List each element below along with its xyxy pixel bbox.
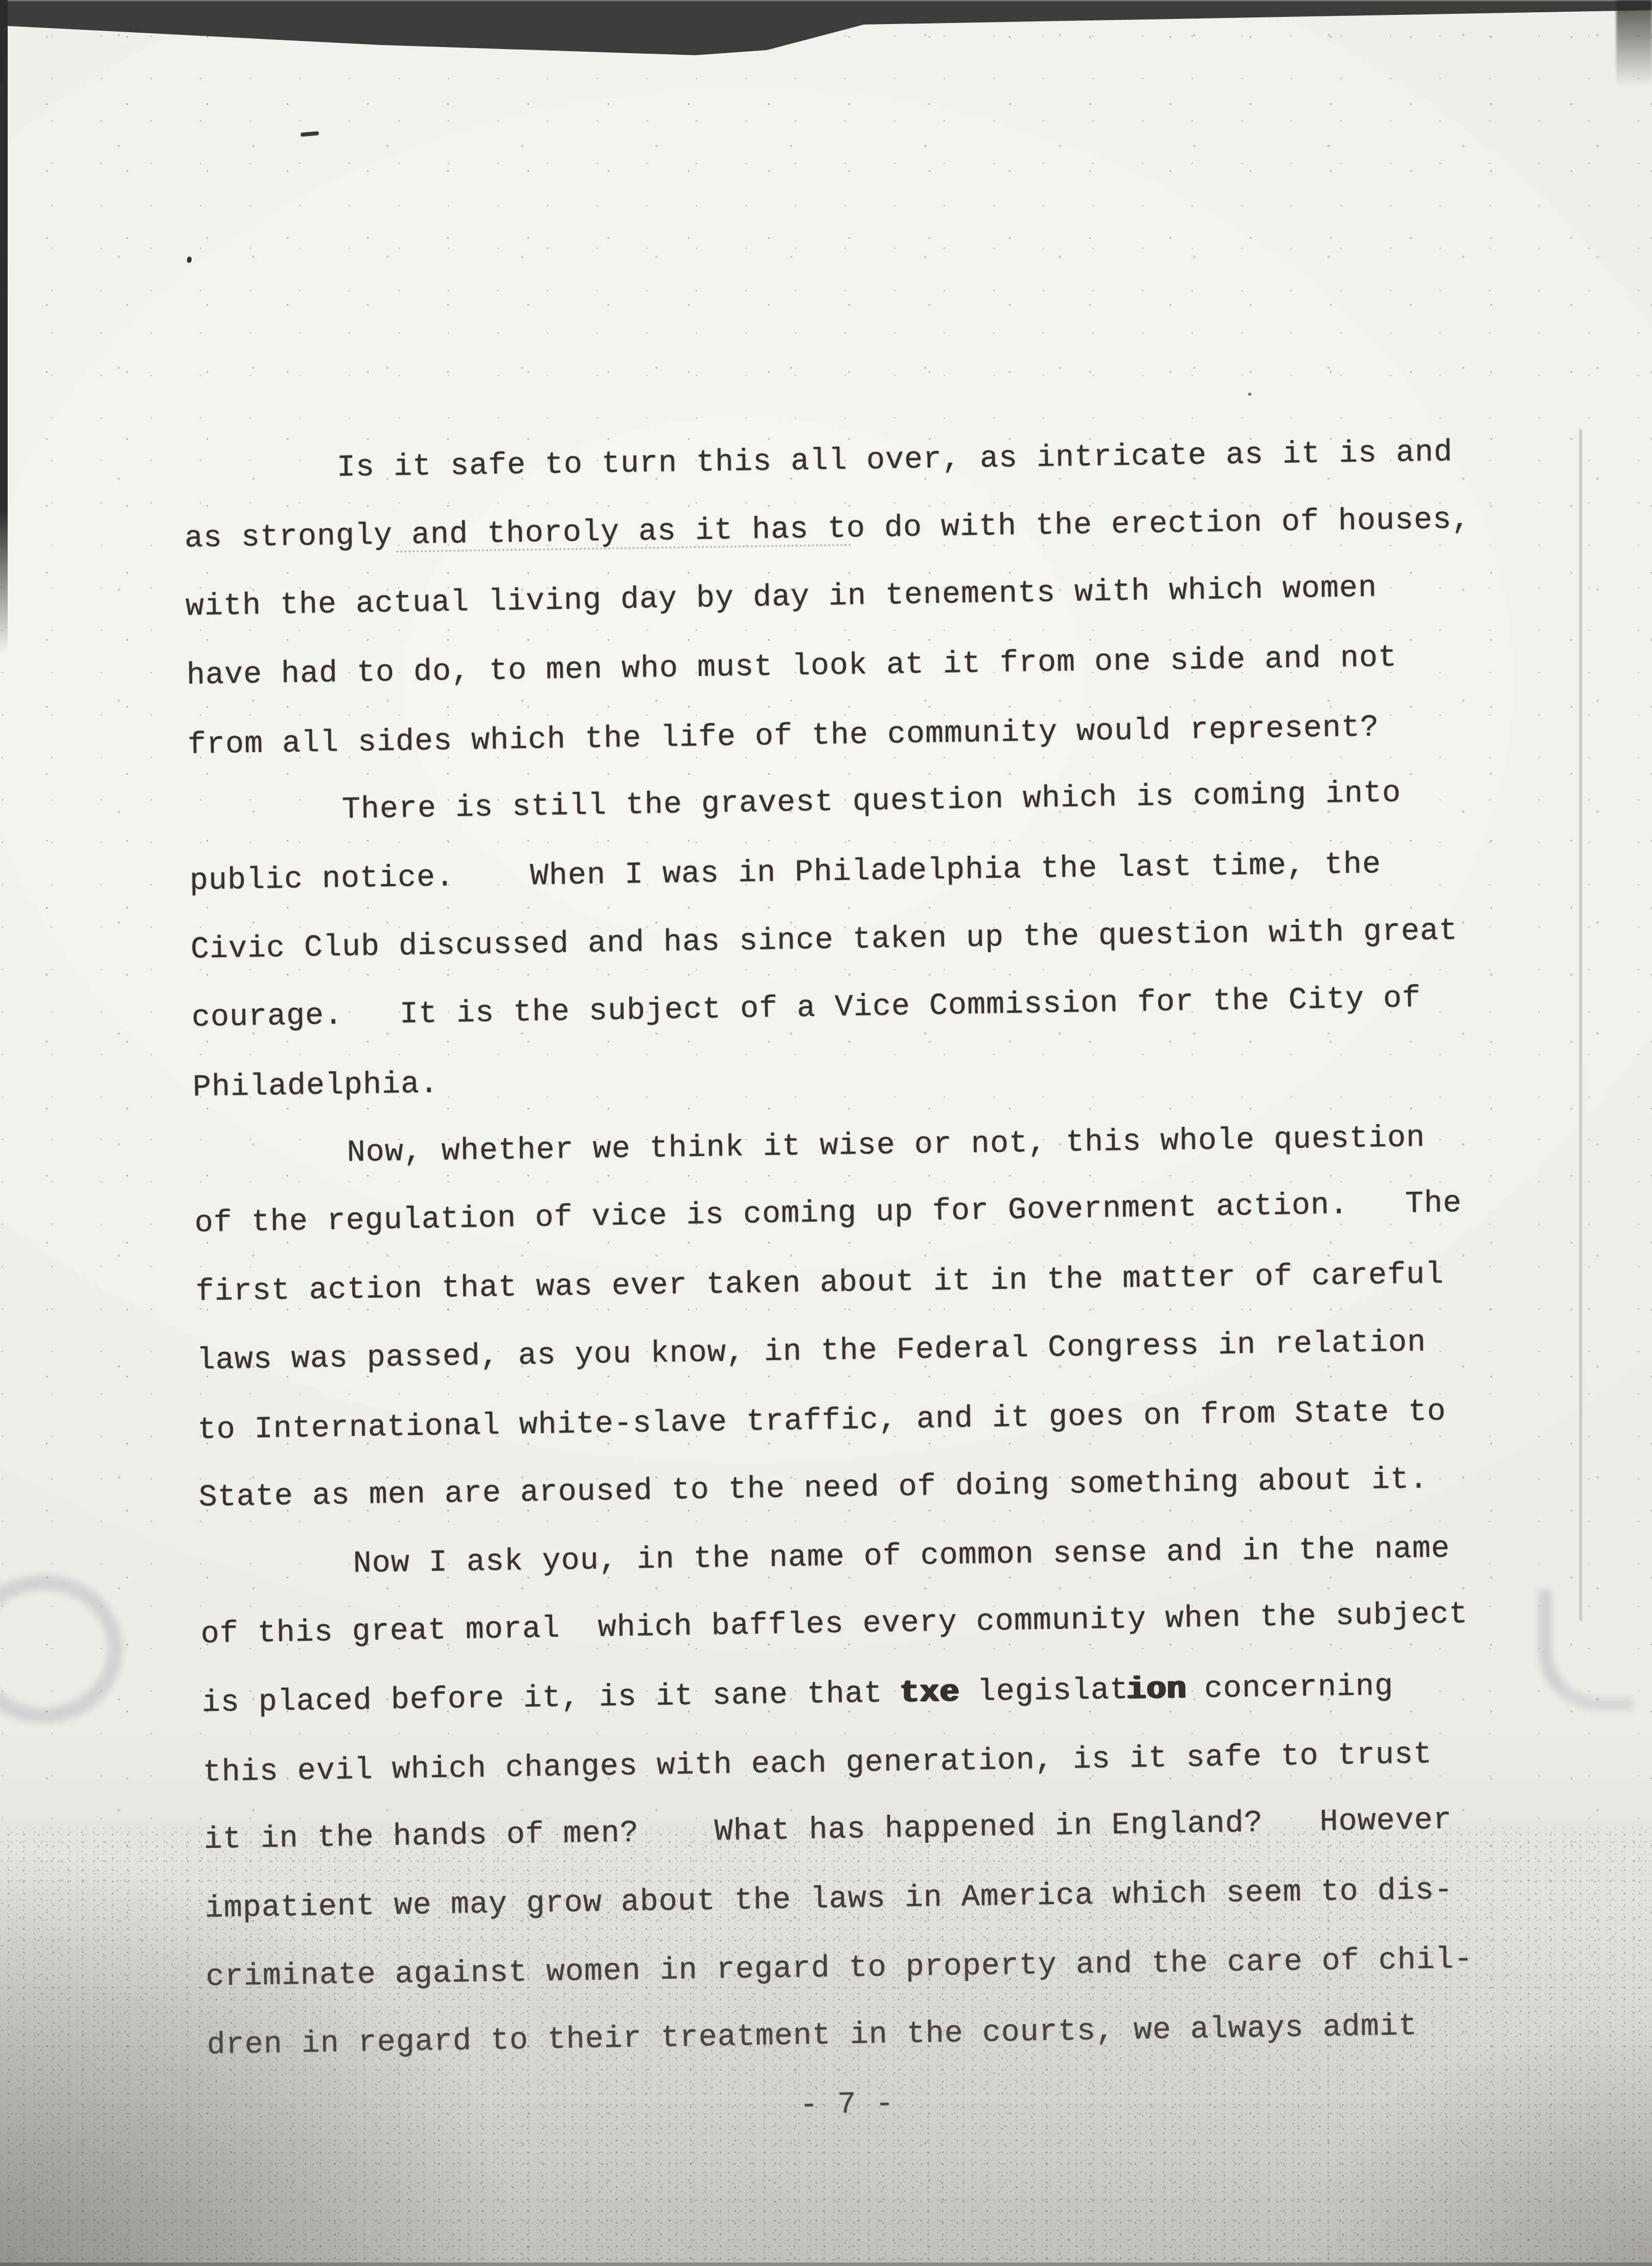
- typed-text-segment: concerning: [1185, 1669, 1393, 1707]
- scan-edge-top-right: [1616, 0, 1652, 87]
- scan-edge-left: [0, 0, 8, 654]
- scan-shadow-corner: [0, 1857, 511, 2266]
- ink-speck: [1248, 393, 1251, 396]
- scan-edge-bottom: [0, 2262, 1652, 2266]
- scan-shadow-corner: [1294, 2010, 1652, 2266]
